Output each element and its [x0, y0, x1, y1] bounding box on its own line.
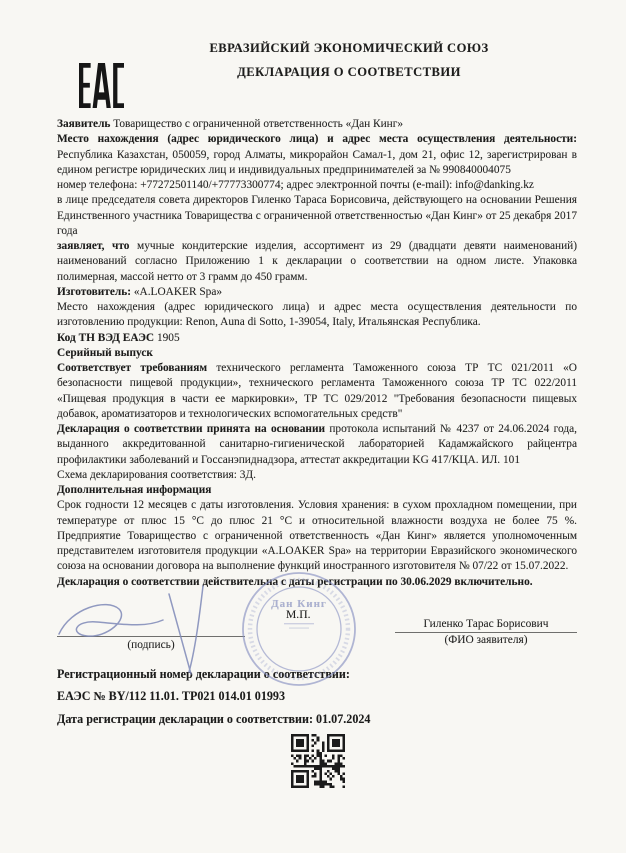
document-title: ДЕКЛАРАЦИЯ О СООТВЕТСТВИИ	[72, 65, 626, 80]
registration-section: Регистрационный номер декларации о соотв…	[57, 667, 577, 727]
paragraph-additional-info-title: Дополнительная информация	[57, 483, 577, 498]
applicant-block: Гиленко Тарас Борисович (ФИО заявителя)	[395, 618, 577, 646]
paragraph-manufacturer: Изготовитель: «A.LOAKER Spa»	[57, 285, 577, 300]
stamp-place-note: М.П.	[286, 608, 310, 621]
eac-logo-icon	[79, 63, 124, 113]
paragraph-tnved-code: Код ТН ВЭД ЕАЭС 1905	[57, 331, 577, 346]
paragraph-applicant: Заявитель Товарищество с ограниченной от…	[57, 117, 577, 132]
registration-date: Дата регистрации декларации о соответств…	[57, 712, 577, 727]
applicant-caption: (ФИО заявителя)	[395, 633, 577, 646]
signature-line	[57, 636, 245, 637]
paragraph-manufacturer-address: Место нахождения (адрес юридического лиц…	[57, 300, 577, 331]
declaration-body: Заявитель Товарищество с ограниченной от…	[57, 117, 577, 590]
registration-number-label: Регистрационный номер декларации о соотв…	[57, 667, 577, 682]
paragraph-compliance: Соответствует требованиям технического р…	[57, 361, 577, 422]
signature-caption: (подпись)	[57, 639, 245, 651]
paragraph-serial-release: Серийный выпуск	[57, 346, 577, 361]
paragraph-phone-email: номер телефона: +77272501140/+7777330077…	[57, 178, 577, 193]
paragraph-basis: Декларация о соответствии принята на осн…	[57, 422, 577, 468]
paragraph-representative: в лице председателя совета директоров Ги…	[57, 193, 577, 239]
declaration-document: ЕВРАЗИЙСКИЙ ЭКОНОМИЧЕСКИЙ СОЮЗ ДЕКЛАРАЦИ…	[0, 0, 626, 853]
paragraph-declares: заявляет, что мучные кондитерские издели…	[57, 239, 577, 285]
qr-code	[0, 734, 626, 793]
registration-number: ЕАЭС № BY/112 11.01. ТР021 014.01 01993	[57, 689, 577, 704]
union-title: ЕВРАЗИЙСКИЙ ЭКОНОМИЧЕСКИЙ СОЮЗ	[72, 41, 626, 56]
paragraph-validity: Декларация о соответствии действительна …	[57, 575, 577, 590]
qr-code-svg	[291, 734, 345, 788]
applicant-name: Гиленко Тарас Борисович	[395, 618, 577, 632]
paragraph-applicant-address: Место нахождения (адрес юридического лиц…	[57, 132, 577, 178]
paragraph-additional-info: Срок годности 12 месяцев с даты изготовл…	[57, 498, 577, 574]
paragraph-scheme: Схема декларирования соответствия: 3Д.	[57, 468, 577, 483]
signature-section: (подпись) Дан Кинг М.П. Гиленко Тарас Бо…	[57, 592, 577, 660]
